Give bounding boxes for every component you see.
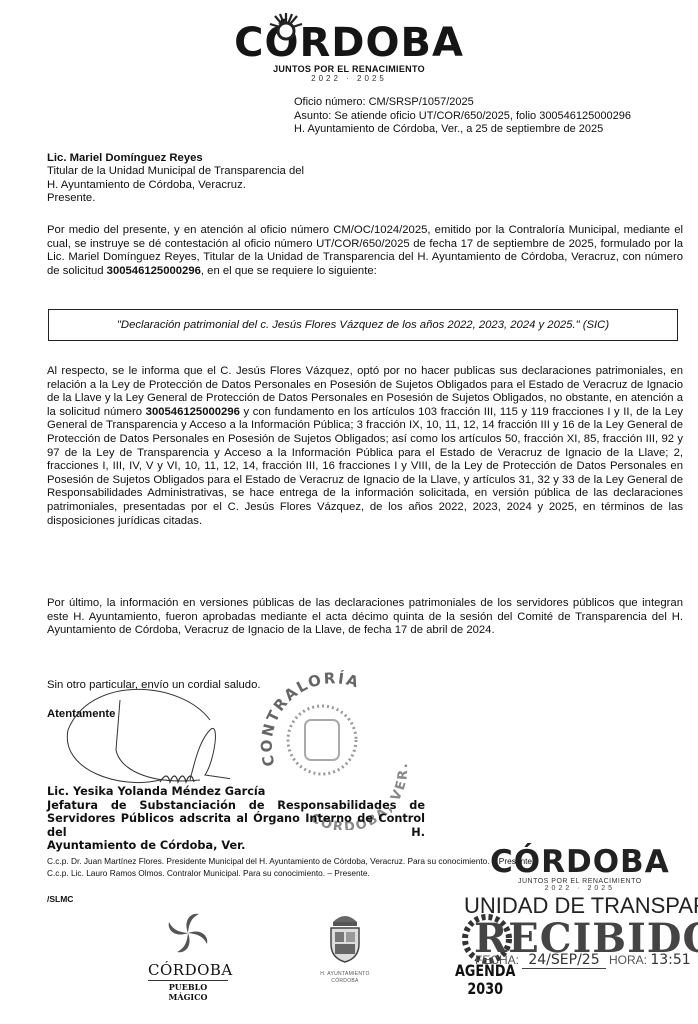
addressee-title: Titular de la Unidad Municipal de Transp… xyxy=(47,165,304,178)
addressee-name: Lic. Mariel Domínguez Reyes xyxy=(47,152,304,165)
agenda-2030-logo: AGENDA 2030 xyxy=(455,962,515,998)
request-quote-box: "Declaración patrimonial del c. Jesús Fl… xyxy=(48,309,678,341)
addressee-org: H. Ayuntamiento de Córdoba, Veracruz. xyxy=(47,179,304,192)
document-meta: Oficio número: CM/SRSP/1057/2025 Asunto:… xyxy=(294,96,631,137)
crest-line1: H. AYUNTAMIENTO xyxy=(305,971,385,978)
oficio-number: Oficio número: CM/SRSP/1057/2025 xyxy=(294,96,631,110)
signer-title-2: Servidores Públicos adscrita al Órgano I… xyxy=(47,812,425,839)
stamp-time-label: HORA: xyxy=(609,953,647,967)
ccp-block: C.c.p. Dr. Juan Martínez Flores. Preside… xyxy=(47,856,534,879)
sun-icon xyxy=(269,12,303,46)
place-date: H. Ayuntamiento de Córdoba, Ver., a 25 d… xyxy=(294,123,631,137)
crest-line2: CÓRDOBA xyxy=(305,978,385,985)
stamp-time-value: 13:51 xyxy=(650,952,690,968)
signer-title-1: Jefatura de Substanciación de Responsabi… xyxy=(47,799,425,813)
pm-sub: PUEBLO MÁGICO xyxy=(148,980,228,1002)
request-quote: "Declaración patrimonial del c. Jesús Fl… xyxy=(117,319,609,331)
pueblo-magico-logo: CÓRDOBA PUEBLO MÁGICO xyxy=(148,910,228,1002)
stamp-cordoba-logo: CÓRDOBA JUNTOS POR EL RENACIMIENTO 2022 … xyxy=(490,846,670,892)
ccp-line: C.c.p. Dr. Juan Martínez Flores. Preside… xyxy=(47,856,534,868)
paragraph-1: Por medio del presente, y en atención al… xyxy=(47,224,683,278)
stamp-logo-word: CÓRDOBA xyxy=(490,846,670,878)
paragraph-2: Al respecto, se le informa que el C. Jes… xyxy=(47,365,683,528)
pm-word: CÓRDOBA xyxy=(148,961,228,979)
initials: /SLMC xyxy=(47,894,73,904)
signature-block: Lic. Yesika Yolanda Méndez García Jefatu… xyxy=(47,785,425,853)
logo-years: 2022 · 2025 xyxy=(0,74,698,83)
ayuntamiento-crest: H. AYUNTAMIENTO CÓRDOBA xyxy=(305,910,385,985)
agenda-line2: 2030 xyxy=(455,980,515,998)
paragraph-3: Por último, la información en versiones … xyxy=(47,597,683,638)
ccp-line: C.c.p. Lic. Lauro Ramos Olmos. Contralor… xyxy=(47,868,534,880)
coat-of-arms-icon xyxy=(323,910,367,966)
agenda-line1: AGENDA xyxy=(455,962,515,980)
swirl-icon xyxy=(165,910,211,956)
addressee: Lic. Mariel Domínguez Reyes Titular de l… xyxy=(47,152,304,205)
cordoba-header-logo: CÓRDOBA JUNTOS POR EL RENACIMIENTO 2022 … xyxy=(0,22,698,83)
signer-title-3: Ayuntamiento de Córdoba, Ver. xyxy=(47,839,425,853)
subject: Asunto: Se atiende oficio UT/COR/650/202… xyxy=(294,110,631,124)
request-number: 300546125000296 xyxy=(107,265,201,277)
request-number: 300546125000296 xyxy=(146,406,240,418)
p3-text: Por último, la información en versiones … xyxy=(47,597,683,636)
p2-text-end: y con fundamento en los artículos 103 fr… xyxy=(47,406,683,527)
stamp-date-value: 24/SEP/25 xyxy=(522,952,605,969)
addressee-presente: Presente. xyxy=(47,192,304,205)
signer-name: Lic. Yesika Yolanda Méndez García xyxy=(47,785,425,799)
logo-wordmark: CÓRDOBA xyxy=(234,22,464,64)
stamp-logo-years: 2022 · 2025 xyxy=(490,885,670,892)
p1-text-end: , en el que se requiere lo siguiente: xyxy=(201,265,377,277)
signature-scribble-icon xyxy=(60,680,230,800)
